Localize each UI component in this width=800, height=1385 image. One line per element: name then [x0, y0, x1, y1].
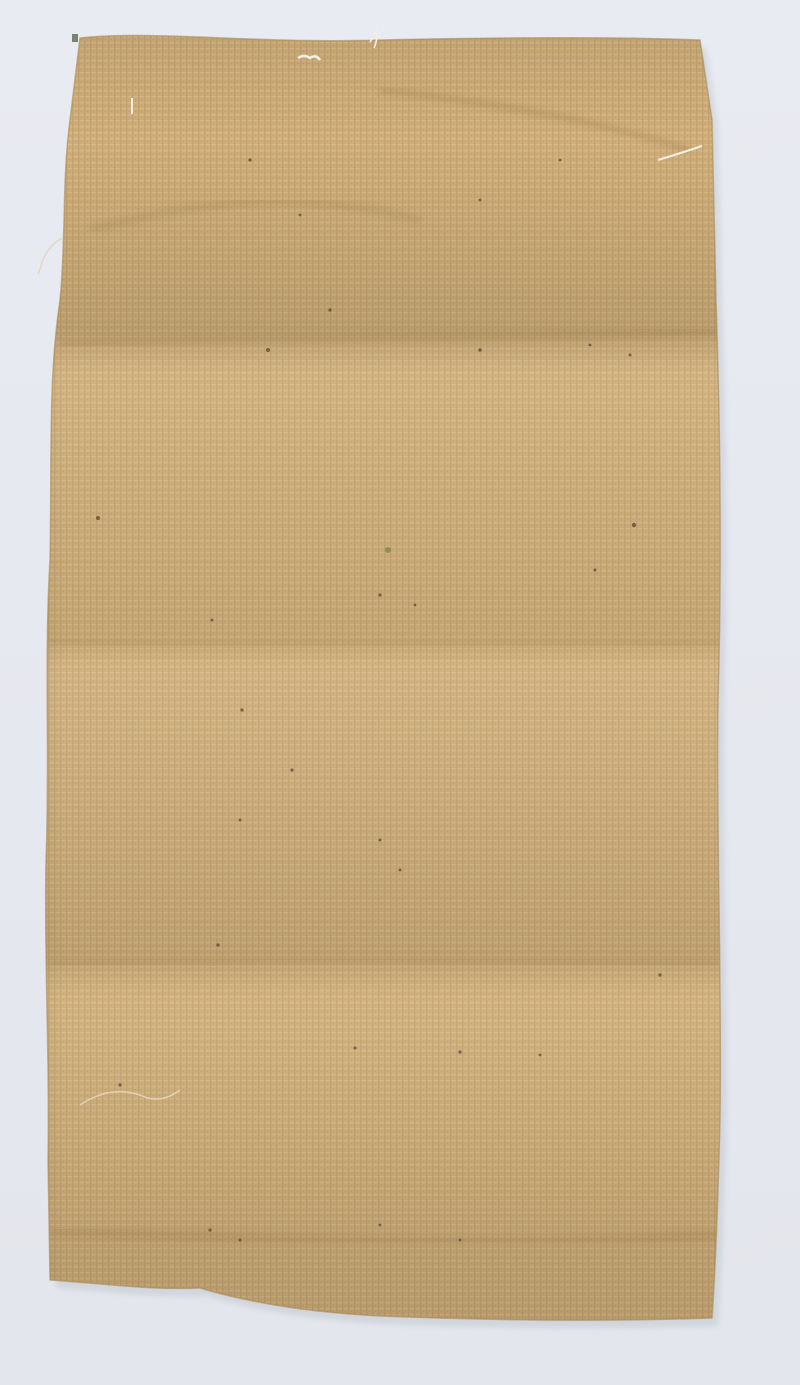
burlap-sack-illustration	[0, 0, 800, 1385]
loose-thread	[38, 238, 62, 274]
photo-canvas: Burlap / jute sack laid flat	[0, 0, 800, 1385]
burlap-sack	[0, 0, 800, 1385]
green-fleck	[385, 547, 391, 553]
sack-corner-tag	[72, 34, 78, 42]
